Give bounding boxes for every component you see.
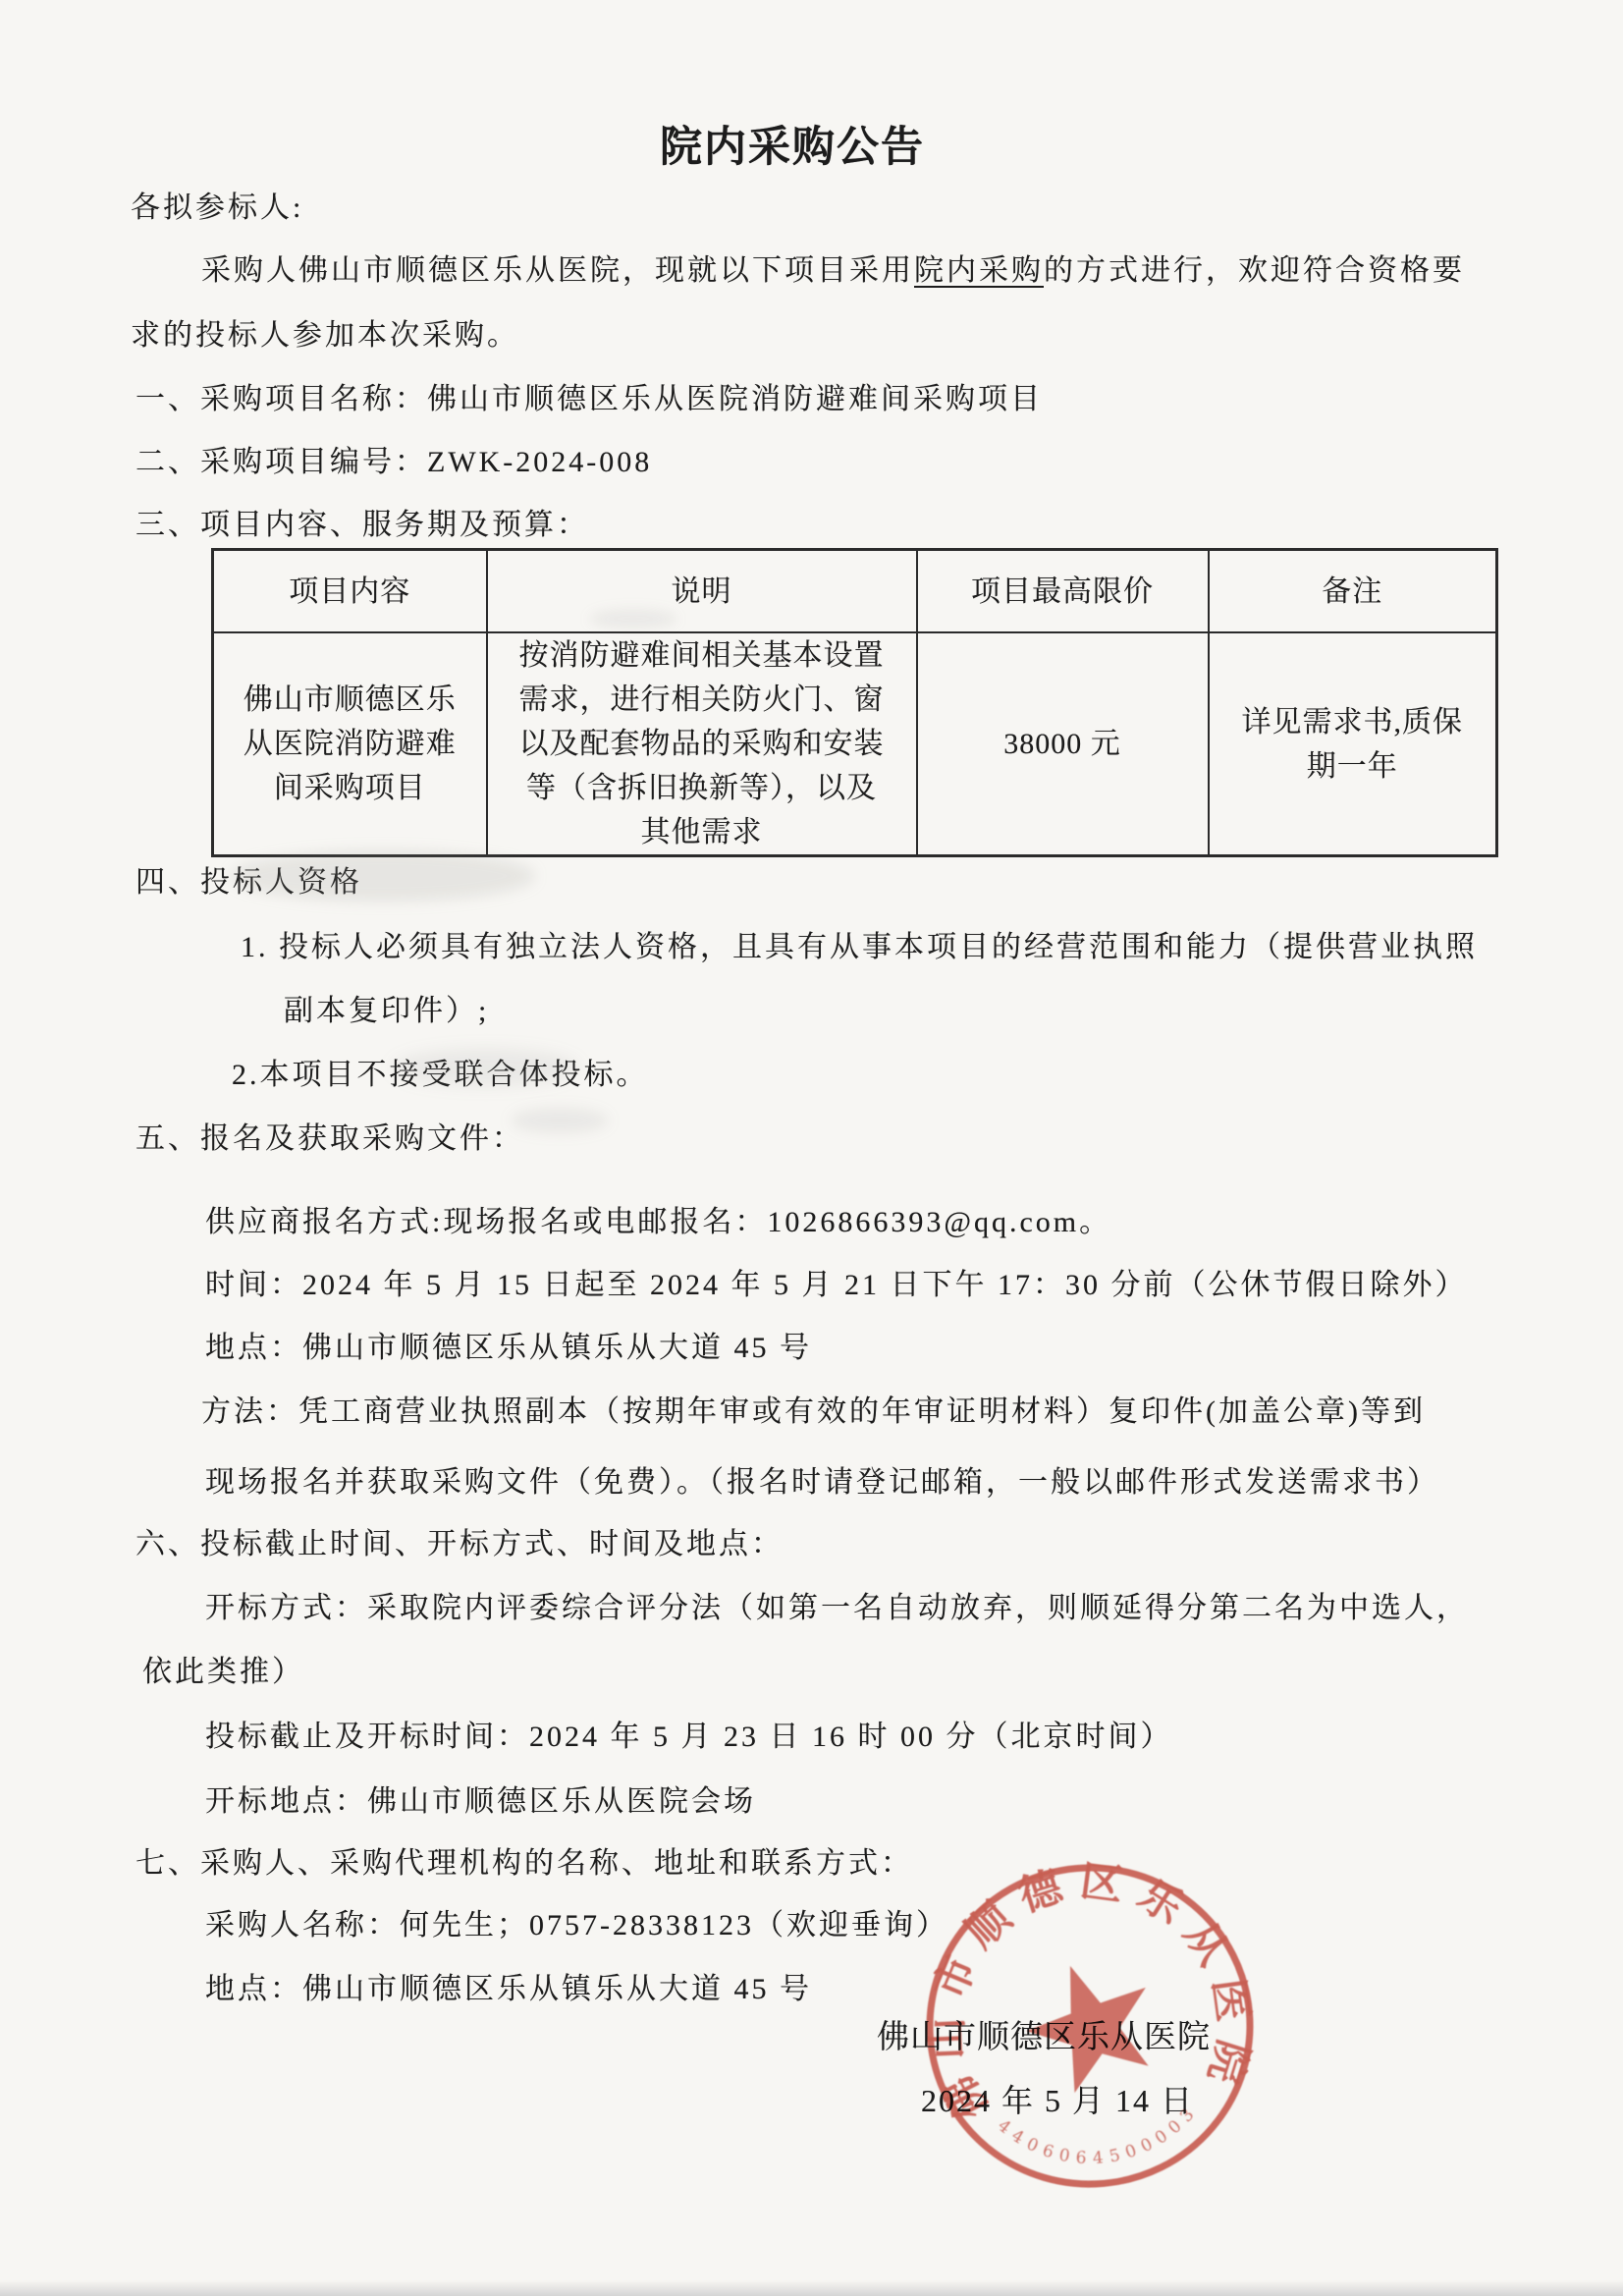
section-4-heading: 四、投标人资格 [135, 857, 362, 901]
table-header-note: 备注 [1209, 550, 1497, 633]
intro-line-1: 采购人佛山市顺德区乐从医院，现就以下项目采用院内采购的方式进行，欢迎符合资格要 [201, 246, 1465, 289]
section-5-heading: 五、报名及获取采购文件： [135, 1114, 524, 1157]
section-6-method-line-1: 开标方式：采取院内评委综合评分法（如第一名自动放弃，则顺延得分第二名为中选人， [205, 1583, 1469, 1626]
section-6-method-line-2: 依此类推） [142, 1647, 304, 1690]
section-5-method-line-1: 方法：凭工商营业执照副本（按期年审或有效的年审证明材料）复印件(加盖公章)等到 [201, 1387, 1426, 1430]
section-4-item-1-line-1: 1. 投标人必须具有独立法人资格，且具有从事本项目的经营范围和能力（提供营业执照 [241, 922, 1478, 965]
section-2-project-number: 二、采购项目编号：ZWK-2024-008 [135, 437, 652, 480]
section-5-register: 供应商报名方式:现场报名或电邮报名：1026866393@qq.com。 [205, 1197, 1111, 1240]
intro-line-1-post: 的方式进行，欢迎符合资格要 [1044, 254, 1465, 287]
section-5-time: 时间：2024 年 5 月 15 日起至 2024 年 5 月 21 日下午 1… [205, 1260, 1468, 1303]
table-cell-desc: 按消防避难间相关基本设置需求，进行相关防火门、窗以及配套物品的采购和安装等（含拆… [487, 632, 917, 856]
table-cell-note: 详见需求书,质保期一年 [1209, 632, 1497, 856]
page-title: 院内采购公告 [660, 114, 925, 174]
scan-smudge [511, 1108, 609, 1133]
table-header-desc: 说明 [487, 550, 917, 633]
section-6-place: 开标地点：佛山市顺德区乐从医院会场 [205, 1777, 756, 1820]
table-row: 佛山市顺德区乐从医院消防避难间采购项目 按消防避难间相关基本设置需求，进行相关防… [213, 632, 1497, 856]
section-3-heading: 三、项目内容、服务期及预算： [135, 500, 589, 543]
intro-line-1-pre: 采购人佛山市顺德区乐从医院，现就以下项目采用 [201, 254, 914, 287]
intro-line-2: 求的投标人参加本次采购。 [131, 310, 519, 354]
section-4-item-2: 2.本项目不接受联合体投标。 [232, 1050, 649, 1093]
intro-line-1-underlined: 院内采购 [914, 254, 1044, 287]
table-header-price: 项目最高限价 [917, 550, 1209, 633]
salutation: 各拟参标人: [131, 183, 303, 226]
section-1-project-name: 一、采购项目名称：佛山市顺德区乐从医院消防避难间采购项目 [135, 374, 1043, 417]
signature-date: 2024 年 5 月 14 日 [921, 2076, 1194, 2121]
project-table: 项目内容 说明 项目最高限价 备注 佛山市顺德区乐从医院消防避难间采购项目 按消… [211, 548, 1498, 857]
section-7-buyer-name: 采购人名称：何先生；0757-28338123（欢迎垂询） [205, 1900, 948, 1943]
section-6-heading: 六、投标截止时间、开标方式、时间及地点： [135, 1519, 784, 1562]
signature-org: 佛山市顺德区乐从医院 [877, 2011, 1211, 2057]
section-4-item-1-line-2: 副本复印件）; [284, 986, 489, 1029]
section-5-address: 地点：佛山市顺德区乐从镇乐从大道 45 号 [205, 1323, 812, 1366]
section-7-buyer-address: 地点：佛山市顺德区乐从镇乐从大道 45 号 [205, 1964, 812, 2007]
section-7-heading: 七、采购人、采购代理机构的名称、地址和联系方式： [135, 1838, 913, 1882]
section-6-deadline: 投标截止及开标时间：2024 年 5 月 23 日 16 时 00 分（北京时间… [205, 1712, 1173, 1755]
table-header-content: 项目内容 [213, 550, 487, 633]
scan-edge-band [0, 2280, 1623, 2296]
table-cell-price: 38000 元 [917, 632, 1209, 856]
table-header-row: 项目内容 说明 项目最高限价 备注 [213, 550, 1497, 633]
section-5-method-line-2: 现场报名并获取采购文件（免费）。（报名时请登记邮箱，一般以邮件形式发送需求书） [205, 1457, 1439, 1501]
table-cell-content: 佛山市顺德区乐从医院消防避难间采购项目 [213, 632, 487, 856]
document-page: 院内采购公告 各拟参标人: 采购人佛山市顺德区乐从医院，现就以下项目采用院内采购… [0, 0, 1623, 2296]
